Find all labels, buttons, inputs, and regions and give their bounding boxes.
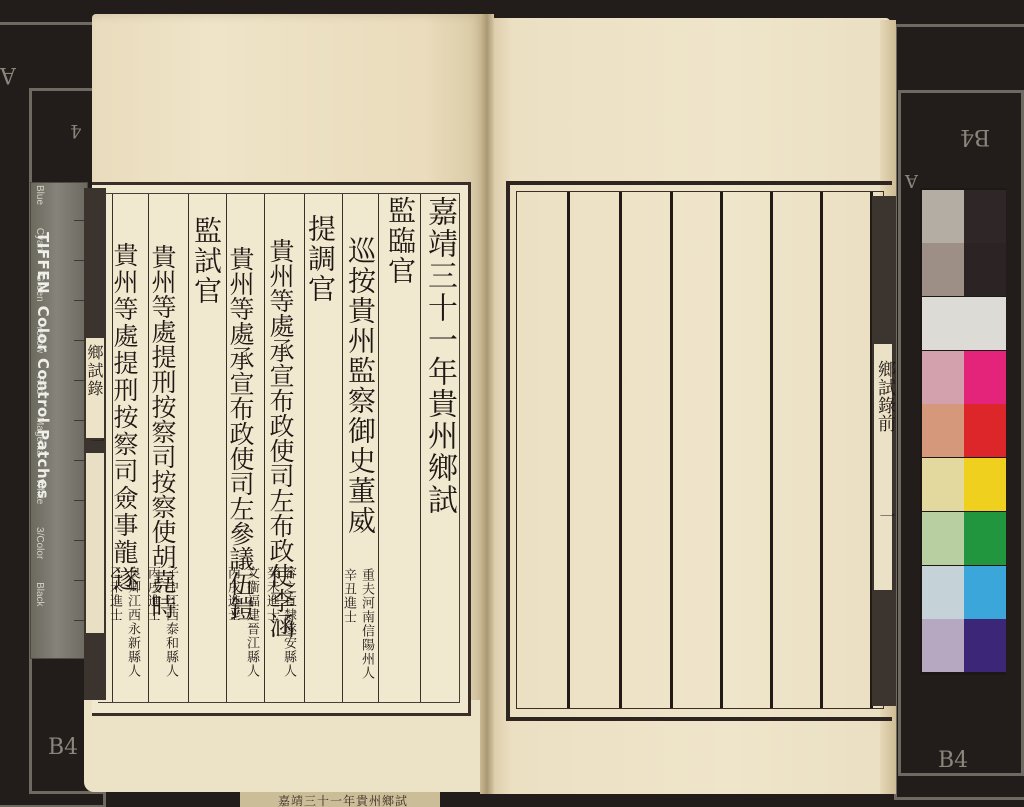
heading-administrator: 提調官: [306, 214, 334, 304]
official-4-note-a: 子中江西泰和縣人: [164, 566, 177, 678]
ruler-tick: [74, 300, 84, 301]
frame-label-b4-right-top: B4: [960, 124, 990, 149]
frame-label-b4-left-bottom: B4: [48, 735, 78, 760]
patch-white: [922, 297, 1006, 350]
exam-title: 嘉靖三十一年貴州鄉試: [424, 196, 454, 516]
patch-dark-2: [964, 243, 1006, 296]
ruler-tick: [74, 580, 84, 581]
official-1-note-b: 辛丑進士: [342, 568, 355, 624]
ruled-column-line: [619, 192, 622, 708]
patch-violet: [964, 619, 1006, 672]
patch-green: [964, 512, 1006, 565]
ruler-tick: [74, 620, 84, 621]
patch-cyan: [964, 566, 1006, 619]
patch-orange-light: [922, 404, 964, 457]
left-fold-page-number: 一: [90, 434, 104, 450]
book-spine: [480, 14, 494, 794]
official-3-note-b: 丙戌進士: [226, 566, 239, 622]
frame-label-b4-left-top: 4: [70, 120, 81, 141]
tiffen-brand-title: TIFFEN Color Control Patches: [34, 232, 52, 499]
ruler-tick: [74, 340, 84, 341]
patch-dark-1: [964, 190, 1006, 243]
patch-violet-light: [922, 619, 964, 672]
column-rule: [420, 194, 421, 702]
right-fold-tab: [872, 196, 896, 706]
patch-pink-light: [922, 351, 964, 404]
column-rule: [378, 194, 379, 702]
official-4-title: 貴州等處提刑按察司按察使胡堯時: [150, 244, 175, 619]
frame-label-b4-right-bottom: B4: [938, 748, 968, 773]
right-ruled-block: [506, 181, 892, 721]
ruler-tick: [74, 500, 84, 501]
official-1-note-a: 重夫河南信陽州人: [360, 568, 373, 680]
right-ruled-block-inner: [516, 191, 884, 709]
patch-yellow-light: [922, 458, 964, 511]
ruled-column-line: [820, 192, 823, 708]
ruled-column-line: [567, 192, 570, 708]
bottom-slip-text: 嘉靖三十一年貴州鄉試: [278, 792, 408, 807]
color-patch-chart: [920, 188, 1006, 675]
right-fold-label: 鄉試錄前: [876, 360, 894, 432]
ruler-tick: [74, 420, 84, 421]
frame-label-a-left: A: [0, 62, 16, 87]
fold-tab-window-lower: [86, 453, 104, 633]
left-fold-label: 鄉試錄: [86, 344, 102, 398]
official-5-title: 貴州等處提刑按察司僉事龍遂: [112, 242, 137, 593]
official-5-note-b: 乙未進士: [108, 566, 121, 622]
frame-label-a-right: A: [905, 170, 918, 191]
patch-yellow: [964, 458, 1006, 511]
official-2-note-b: 癸未進士: [265, 566, 278, 622]
official-1-title: 巡按貴州監察御史董威: [346, 236, 374, 536]
patch-magenta: [964, 351, 1006, 404]
ruler-tick: [74, 540, 84, 541]
column-rule: [342, 194, 343, 702]
ruler-tick: [74, 380, 84, 381]
column-rule: [264, 194, 265, 702]
ruler-tick: [74, 260, 84, 261]
right-fold-page-number: 一: [878, 508, 894, 526]
patch-green-light: [922, 512, 964, 565]
ruled-column-line: [770, 192, 773, 708]
ruler-tick: [74, 220, 84, 221]
patch-cyan-light: [922, 566, 964, 619]
patch-gray-mid: [922, 243, 964, 296]
official-3-title: 貴州等處承宣布政使司左參議伍鎧: [228, 246, 253, 621]
ruled-column-line: [670, 192, 673, 708]
official-2-note-a: 容之直隸遂安縣人: [282, 566, 295, 678]
official-4-note-b: 丙戌進士: [146, 566, 159, 622]
ruler-tick: [74, 460, 84, 461]
column-rule: [188, 194, 189, 702]
official-3-note-a: 文衞福建晉江縣人: [245, 566, 258, 678]
heading-supervisor: 監臨官: [386, 196, 414, 286]
patch-gray-light: [922, 190, 964, 243]
official-5-note-a: 良卿江西永新縣人: [126, 566, 139, 678]
ruled-column-line: [720, 192, 723, 708]
heading-examiner: 監試官: [192, 216, 220, 306]
patch-red: [964, 404, 1006, 457]
